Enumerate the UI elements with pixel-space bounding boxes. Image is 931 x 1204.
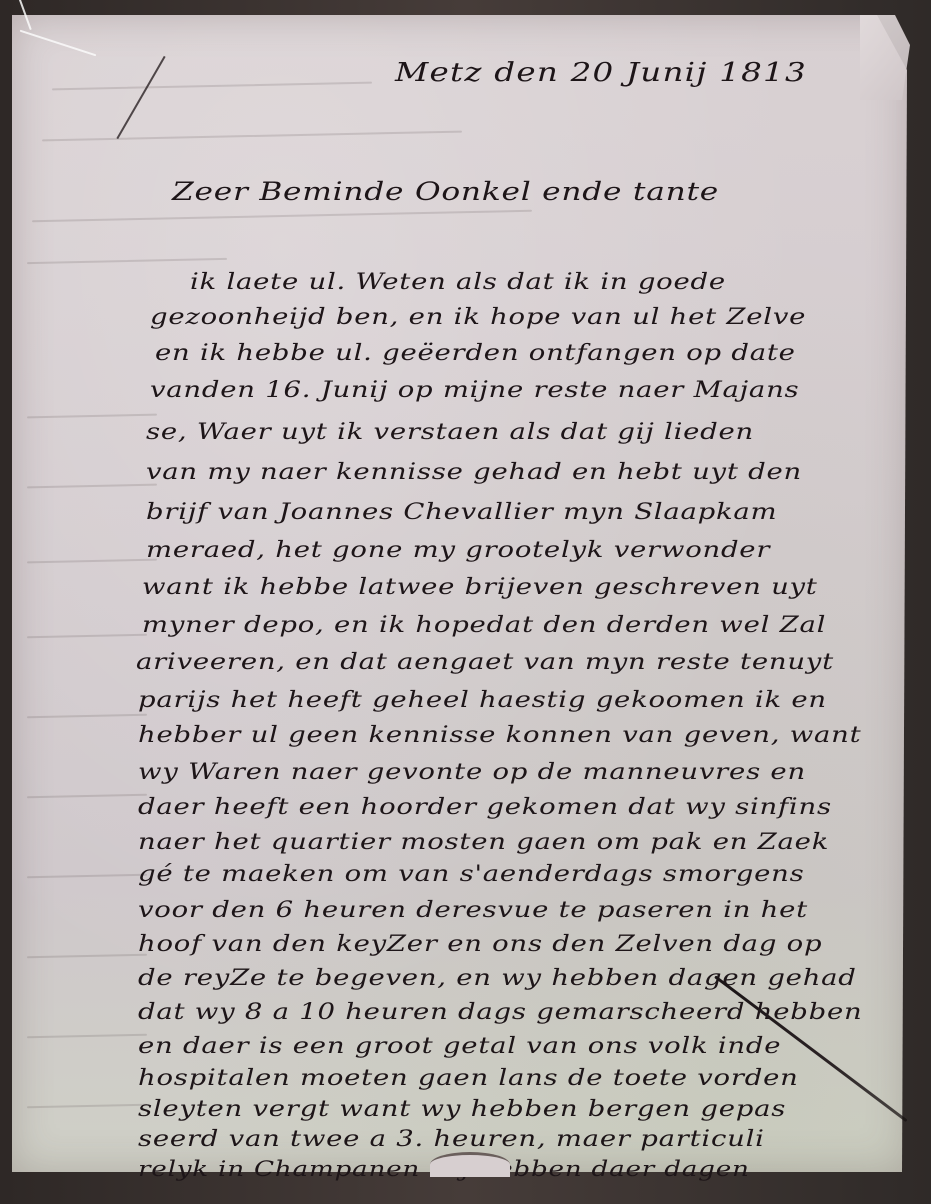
letter-line: voor den 6 heuren deresvue te paseren in… [138,898,808,923]
bleed-through-line [27,414,157,419]
torn-seal-notch [430,1152,510,1177]
salutation: Zeer Beminde Oonkel ende tante [172,177,719,206]
bleed-through-line [27,714,147,719]
bleed-through-line [27,794,147,799]
letter-line: hospitalen moeten gaen lans de toete vor… [138,1066,799,1091]
letter-line: de reyZe te begeven, en wy hebben dagen … [138,966,857,991]
place-date-heading: Metz den 20 Junij 1813 [395,58,807,88]
letter-line: gé te maeken om van s'aenderdags smorgen… [138,862,804,887]
bleed-through-line [27,634,147,639]
letter-line: hebber ul geen kennisse konnen van geven… [138,723,861,748]
bleed-through-line [27,559,157,564]
bleed-through-line [27,258,227,264]
letter-line: want ik hebbe latwee brijeven geschreven… [142,575,818,600]
letter-line: seerd van twee a 3. heuren, maer particu… [138,1127,765,1152]
bleed-through-line [27,954,147,959]
letter-line: se, Waer uyt ik verstaen als dat gij lie… [146,420,754,445]
letter-line: sleyten vergt want wy hebben bergen gepa… [138,1097,786,1122]
letter-line: naer het quartier mosten gaen om pak en … [138,830,829,855]
letter-line: wy Waren naer gevonte op de manneuvres e… [138,760,806,785]
letter-line: parijs het heeft geheel haestig gekoomen… [138,688,827,713]
letter-line: myner depo, en ik hopedat den derden wel… [142,613,826,638]
letter-line: en ik hebbe ul. geëerden ontfangen op da… [155,341,796,366]
bleed-through-line [27,1104,147,1109]
letter-line: van my naer kennisse gehad en hebt uyt d… [146,460,802,485]
letter-line: en daer is een groot getal van ons volk … [138,1034,781,1059]
letter-line: gezoonheijd ben, en ik hope van ul het Z… [150,305,806,330]
letter-line: vanden 16. Junij op mijne reste naer Maj… [150,378,799,403]
bleed-through-line [42,131,462,142]
letter-line: ariveeren, en dat aengaet van myn reste … [136,650,834,675]
bleed-through-line [52,82,372,91]
letter-line: daer heeft een hoorder gekomen dat wy si… [138,795,832,820]
letter-line: hoof van den keyZer en ons den Zelven da… [138,932,822,957]
letter-line: ik laete ul. Weten als dat ik in goede [190,270,726,295]
letter-line: brijf van Joannes Chevallier myn Slaapka… [146,500,777,525]
bleed-through-line [27,484,157,489]
bleed-through-line [27,874,147,879]
bleed-through-line [32,210,532,222]
letter-line: meraed, het gone my grootelyk verwonder [146,538,770,563]
bleed-through-line [27,1034,147,1039]
